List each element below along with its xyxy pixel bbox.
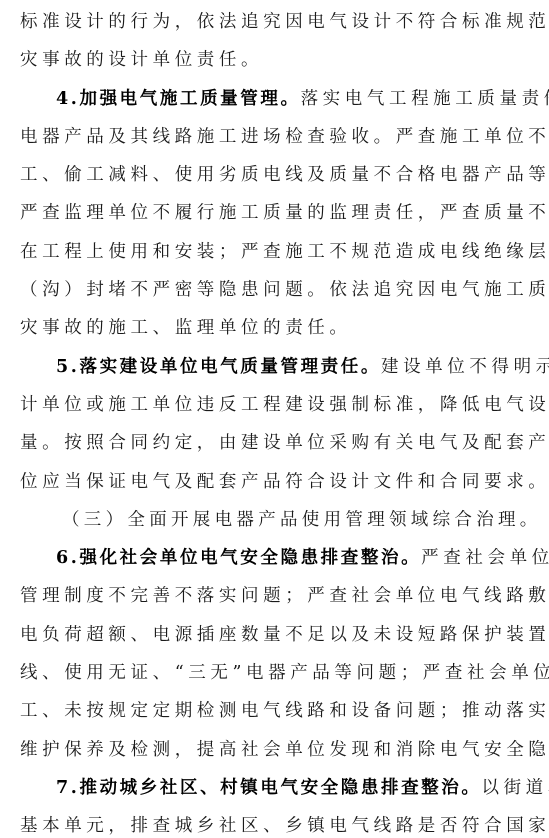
body-line: 位应当保证电气及配套产品符合设计文件和合同要求。 — [20, 463, 520, 501]
body-text: 建设单位不得明示或暗示设 — [381, 357, 549, 377]
body-text: 严查社会单位用电安全 — [421, 548, 549, 568]
section-5-paragraph: 5.落实建设单位电气质量管理责任。建设单位不得明示或暗示设 — [20, 348, 520, 386]
section-heading: 5.落实建设单位电气质量管理责任。 — [56, 357, 381, 377]
body-line: 线、使用无证、“三无”电器产品等问题；严查社会单位未配备专业电 — [20, 654, 520, 692]
body-line: 量。按照合同约定，由建设单位采购有关电气及配套产品的，建设单 — [20, 424, 520, 462]
body-line: 维护保养及检测，提高社会单位发现和消除电气安全隐患能力。 — [20, 731, 520, 769]
section-7-paragraph: 7.推动城乡社区、村镇电气安全隐患排查整治。以街道、乡镇为 — [20, 769, 520, 807]
body-line: 电器产品及其线路施工进场检查验收。严查施工单位不按设计图纸施 — [20, 118, 520, 156]
body-line: 工、未按规定定期检测电气线路和设备问题；推动落实电气系统定期 — [20, 692, 520, 730]
body-line: 电负荷超额、电源插座数量不足以及未设短路保护装置、私拉乱接电 — [20, 616, 520, 654]
subsection-heading: （三）全面开展电器产品使用管理领域综合治理。 — [20, 501, 520, 539]
body-line: （沟）封堵不严密等隐患问题。依法追究因电气施工质量问题导致火 — [20, 271, 520, 309]
body-line: 管理制度不完善不落实问题；严查社会单位电气线路敷设不规范、用 — [20, 577, 520, 615]
body-line: 标准设计的行为，依法追究因电气设计不符合标准规范而导致电气火 — [20, 3, 520, 41]
body-line: 计单位或施工单位违反工程建设强制标准，降低电气设计和施工质 — [20, 386, 520, 424]
body-line: 灾事故的施工、监理单位的责任。 — [20, 309, 520, 347]
section-heading: 4.加强电气施工质量管理。 — [56, 89, 301, 109]
document-page: 标准设计的行为，依法追究因电气设计不符合标准规范而导致电气火 灾事故的设计单位责… — [20, 3, 520, 838]
body-line: 在工程上使用和安装；严查施工不规范造成电线绝缘层损坏、电缆井 — [20, 233, 520, 271]
section-6-paragraph: 6.强化社会单位电气安全隐患排查整治。严查社会单位用电安全 — [20, 539, 520, 577]
body-line: 严查监理单位不履行施工质量的监理责任，严查质量不合格电器产品 — [20, 194, 520, 232]
body-text: 落实电气工程施工质量责任制，严格 — [301, 89, 549, 109]
section-heading: 6.强化社会单位电气安全隐患排查整治。 — [56, 548, 421, 568]
section-heading: 7.推动城乡社区、村镇电气安全隐患排查整治。 — [56, 778, 481, 798]
body-line: 灾事故的设计单位责任。 — [20, 41, 520, 79]
body-text: 以街道、乡镇为 — [481, 778, 549, 798]
body-line: 工、偷工减料、使用劣质电线及质量不合格电器产品等问题和隐患； — [20, 156, 520, 194]
section-4-paragraph: 4.加强电气施工质量管理。落实电气工程施工质量责任制，严格 — [20, 80, 520, 118]
body-line: 基本单元，排查城乡社区、乡镇电气线路是否符合国家有关标准规定， — [20, 807, 520, 838]
